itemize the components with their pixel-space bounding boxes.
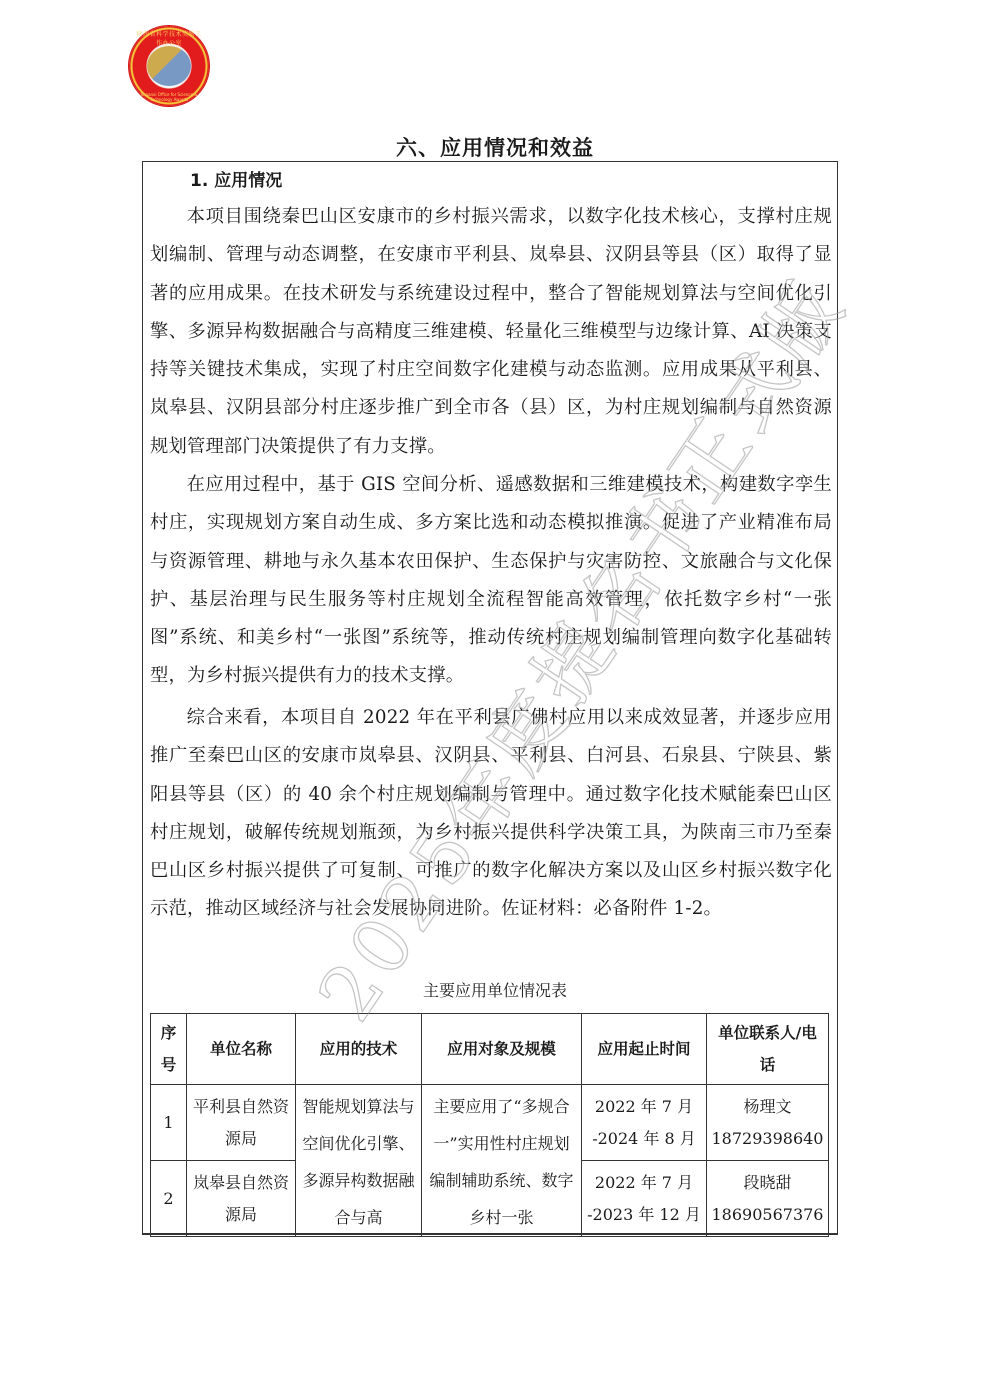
header-period: 应用起止时间 — [582, 1014, 707, 1085]
table-caption: 主要应用单位情况表 — [0, 978, 990, 1001]
header-contact: 单位联系人/电话 — [707, 1014, 829, 1085]
paragraph-application-process: 在应用过程中，基于 GIS 空间分析、遥感数据和三维建模技术，构建数字孪生村庄，… — [150, 466, 832, 696]
subsection-heading: 1. 应用情况 — [190, 166, 282, 191]
organization-seal-icon: 陕西省科学技术奖励工作办公室 Shaanxi Office for Scienc… — [129, 26, 209, 106]
paragraph-application-overview: 本项目围绕秦巴山区安康市的乡村振兴需求，以数字化技术核心，支撑村庄规划编制、管理… — [150, 198, 832, 466]
header-scope: 应用对象及规模 — [422, 1014, 582, 1085]
header-index: 序号 — [151, 1014, 187, 1085]
seal-top-text: 陕西省科学技术奖励工作办公室 — [135, 29, 203, 47]
contact-phone: 18690567376 — [711, 1199, 824, 1231]
cell-unit-name: 平利县自然资源局 — [187, 1085, 296, 1161]
section-title: 六、应用情况和效益 — [0, 132, 990, 162]
application-units-table: 序号 单位名称 应用的技术 应用对象及规模 应用起止时间 单位联系人/电话 1 … — [150, 1013, 829, 1237]
header-unit-name: 单位名称 — [187, 1014, 296, 1085]
cell-scope: 主要应用了“多规合一”实用性村庄规划编制辅助系统、数字乡村一张 — [422, 1085, 582, 1237]
paragraph-summary: 综合来看，本项目自 2022 年在平利县广佛村应用以来成效显著，并逐步应用推广至… — [150, 699, 832, 929]
cell-technology: 智能规划算法与空间优化引擎、多源异构数据融合与高 — [296, 1085, 422, 1237]
header-technology: 应用的技术 — [296, 1014, 422, 1085]
table-header-row: 序号 单位名称 应用的技术 应用对象及规模 应用起止时间 单位联系人/电话 — [151, 1014, 829, 1085]
table-row: 1 平利县自然资源局 智能规划算法与空间优化引擎、多源异构数据融合与高 主要应用… — [151, 1085, 829, 1161]
contact-name: 段晓甜 — [711, 1167, 824, 1199]
seal-bottom-text: Shaanxi Office for Science & Technology … — [135, 92, 203, 102]
seal-emblem — [147, 46, 191, 86]
cell-unit-name: 岚皋县自然资源局 — [187, 1161, 296, 1237]
contact-name: 杨理文 — [711, 1091, 824, 1123]
cell-index: 2 — [151, 1161, 187, 1237]
frame-bottom-border — [142, 1233, 838, 1235]
contact-phone: 18729398640 — [711, 1123, 824, 1155]
cell-contact: 杨理文 18729398640 — [707, 1085, 829, 1161]
cell-period: 2022 年 7 月 -2023 年 12 月 — [582, 1161, 707, 1237]
cell-index: 1 — [151, 1085, 187, 1161]
cell-contact: 段晓甜 18690567376 — [707, 1161, 829, 1237]
cell-period: 2022 年 7 月 -2024 年 8 月 — [582, 1085, 707, 1161]
